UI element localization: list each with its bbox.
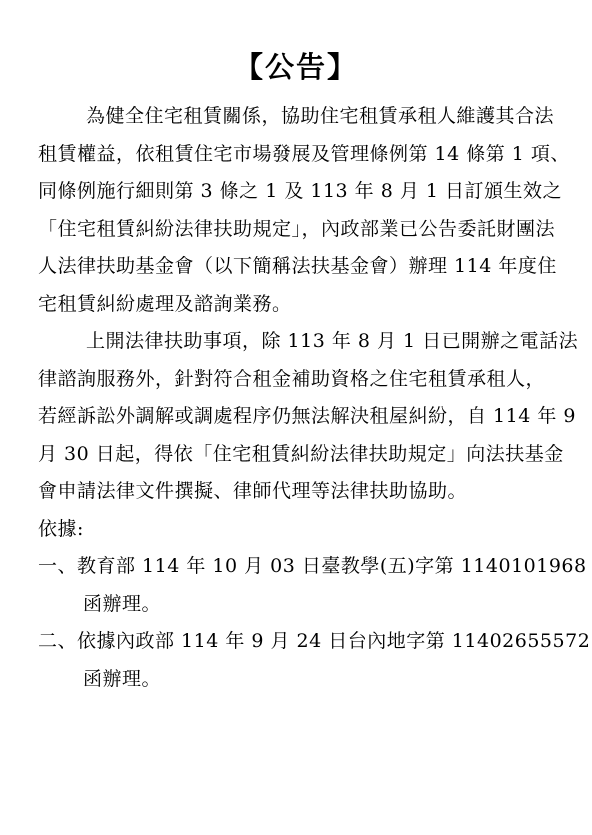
- basis-list: 一、教育部 114 年 10 月 03 日臺教學(五)字第 1140101968…: [38, 548, 554, 698]
- announcement-page: 【公告】 為健全住宅租賃關係，協助住宅租賃承租人維護其合法 租賃權益，依租賃住宅…: [0, 0, 592, 835]
- basis-list-item: 二、依據內政部 114 年 9 月 24 日台內地字第 11402655572 …: [38, 623, 554, 698]
- basis-list-item: 一、教育部 114 年 10 月 03 日臺教學(五)字第 1140101968…: [38, 548, 554, 623]
- paragraphs: 為健全住宅租賃關係，協助住宅租賃承租人維護其合法 租賃權益，依租賃住宅市場發展及…: [38, 98, 554, 511]
- paragraph: 上開法律扶助事項，除 113 年 8 月 1 日已開辦之電話法 律諮詢服務外，針…: [38, 323, 554, 511]
- basis-label: 依據:: [38, 511, 554, 549]
- page-title: 【公告】: [38, 48, 554, 86]
- paragraph: 為健全住宅租賃關係，協助住宅租賃承租人維護其合法 租賃權益，依租賃住宅市場發展及…: [38, 98, 554, 323]
